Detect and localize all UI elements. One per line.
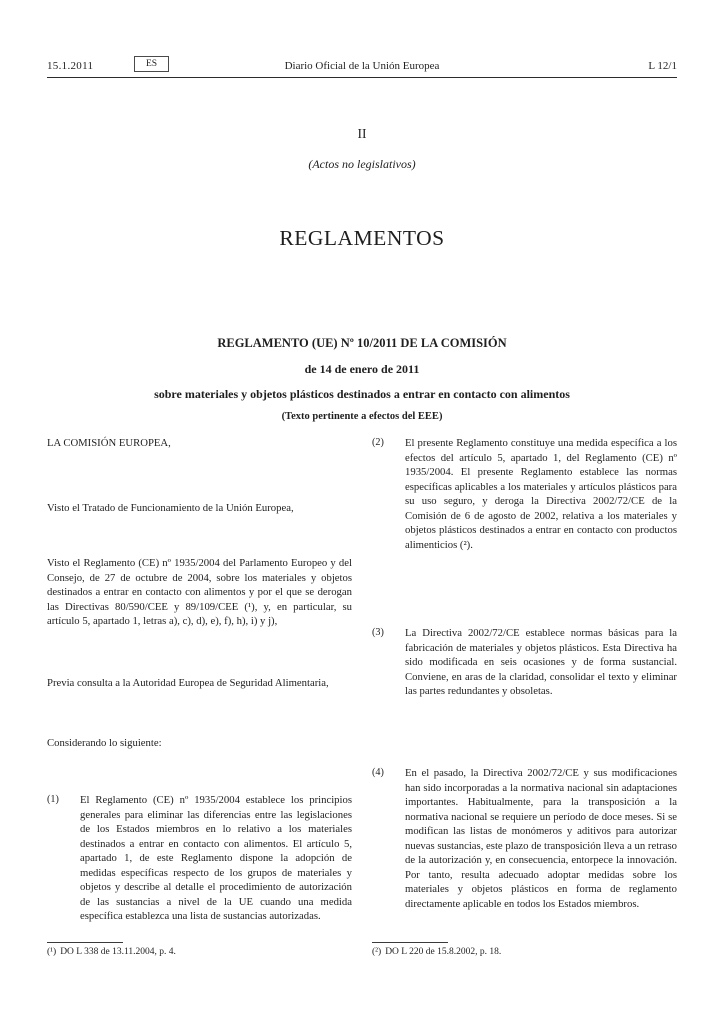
body-columns: LA COMISIÓN EUROPEA, Visto el Tratado de… [47, 432, 677, 938]
recital-number: (1) [47, 793, 80, 924]
page-header: 15.1.2011 ES Diario Oficial de la Unión … [47, 56, 677, 78]
regulation-subject: sobre materiales y objetos plásticos des… [47, 387, 677, 402]
journal-page: 15.1.2011 ES Diario Oficial de la Unión … [0, 0, 724, 1024]
footnote-item-1: (¹)DO L 338 de 13.11.2004, p. 4. [47, 942, 352, 957]
recital-item-4: (4) En el pasado, la Directiva 2002/72/C… [372, 766, 677, 911]
section-number: II [0, 126, 724, 142]
preamble-commission: LA COMISIÓN EUROPEA, [47, 436, 352, 451]
footnote-item-2: (²)DO L 220 de 15.8.2002, p. 18. [372, 942, 677, 957]
header-divider [47, 77, 677, 78]
eea-relevance-note: (Texto pertinente a efectos del EEE) [47, 411, 677, 422]
section-subtitle: (Actos no legislativos) [0, 157, 724, 172]
recital-text: El Reglamento (CE) nº 1935/2004 establec… [80, 793, 352, 924]
recital-number: (2) [372, 436, 405, 552]
regulation-title-block: REGLAMENTO (UE) Nº 10/2011 DE LA COMISIÓ… [47, 336, 677, 422]
recitals-intro: Considerando lo siguiente: [47, 736, 352, 751]
preamble-regulation-citation: Visto el Reglamento (CE) nº 1935/2004 de… [47, 556, 352, 629]
section-heading: REGLAMENTOS [0, 226, 724, 251]
right-column: (2) El presente Reglamento constituye un… [372, 432, 677, 938]
footnote-text: DO L 220 de 15.8.2002, p. 18. [385, 947, 501, 957]
regulation-title: REGLAMENTO (UE) Nº 10/2011 DE LA COMISIÓ… [47, 336, 677, 351]
left-column: LA COMISIÓN EUROPEA, Visto el Tratado de… [47, 432, 352, 938]
page-reference: L 12/1 [648, 60, 677, 72]
recital-number: (4) [372, 766, 405, 911]
recital-item-2: (2) El presente Reglamento constituye un… [372, 436, 677, 552]
regulation-date: de 14 de enero de 2011 [47, 362, 677, 377]
footnote-marker: (²) [372, 947, 381, 957]
recital-text: El presente Reglamento constituye una me… [405, 436, 677, 552]
preamble-consultation: Previa consulta a la Autoridad Europea d… [47, 676, 352, 691]
recital-item-1: (1) El Reglamento (CE) nº 1935/2004 esta… [47, 793, 352, 924]
journal-title: Diario Oficial de la Unión Europea [47, 60, 677, 72]
recital-number: (3) [372, 626, 405, 699]
footnote-text: DO L 338 de 13.11.2004, p. 4. [60, 947, 176, 957]
recital-text: La Directiva 2002/72/CE establece normas… [405, 626, 677, 699]
recital-text: En el pasado, la Directiva 2002/72/CE y … [405, 766, 677, 911]
preamble-treaty: Visto el Tratado de Funcionamiento de la… [47, 501, 352, 516]
footnote-marker: (¹) [47, 947, 56, 957]
footnote-rule [372, 942, 448, 943]
footnote-rule [47, 942, 123, 943]
recital-item-3: (3) La Directiva 2002/72/CE establece no… [372, 626, 677, 699]
